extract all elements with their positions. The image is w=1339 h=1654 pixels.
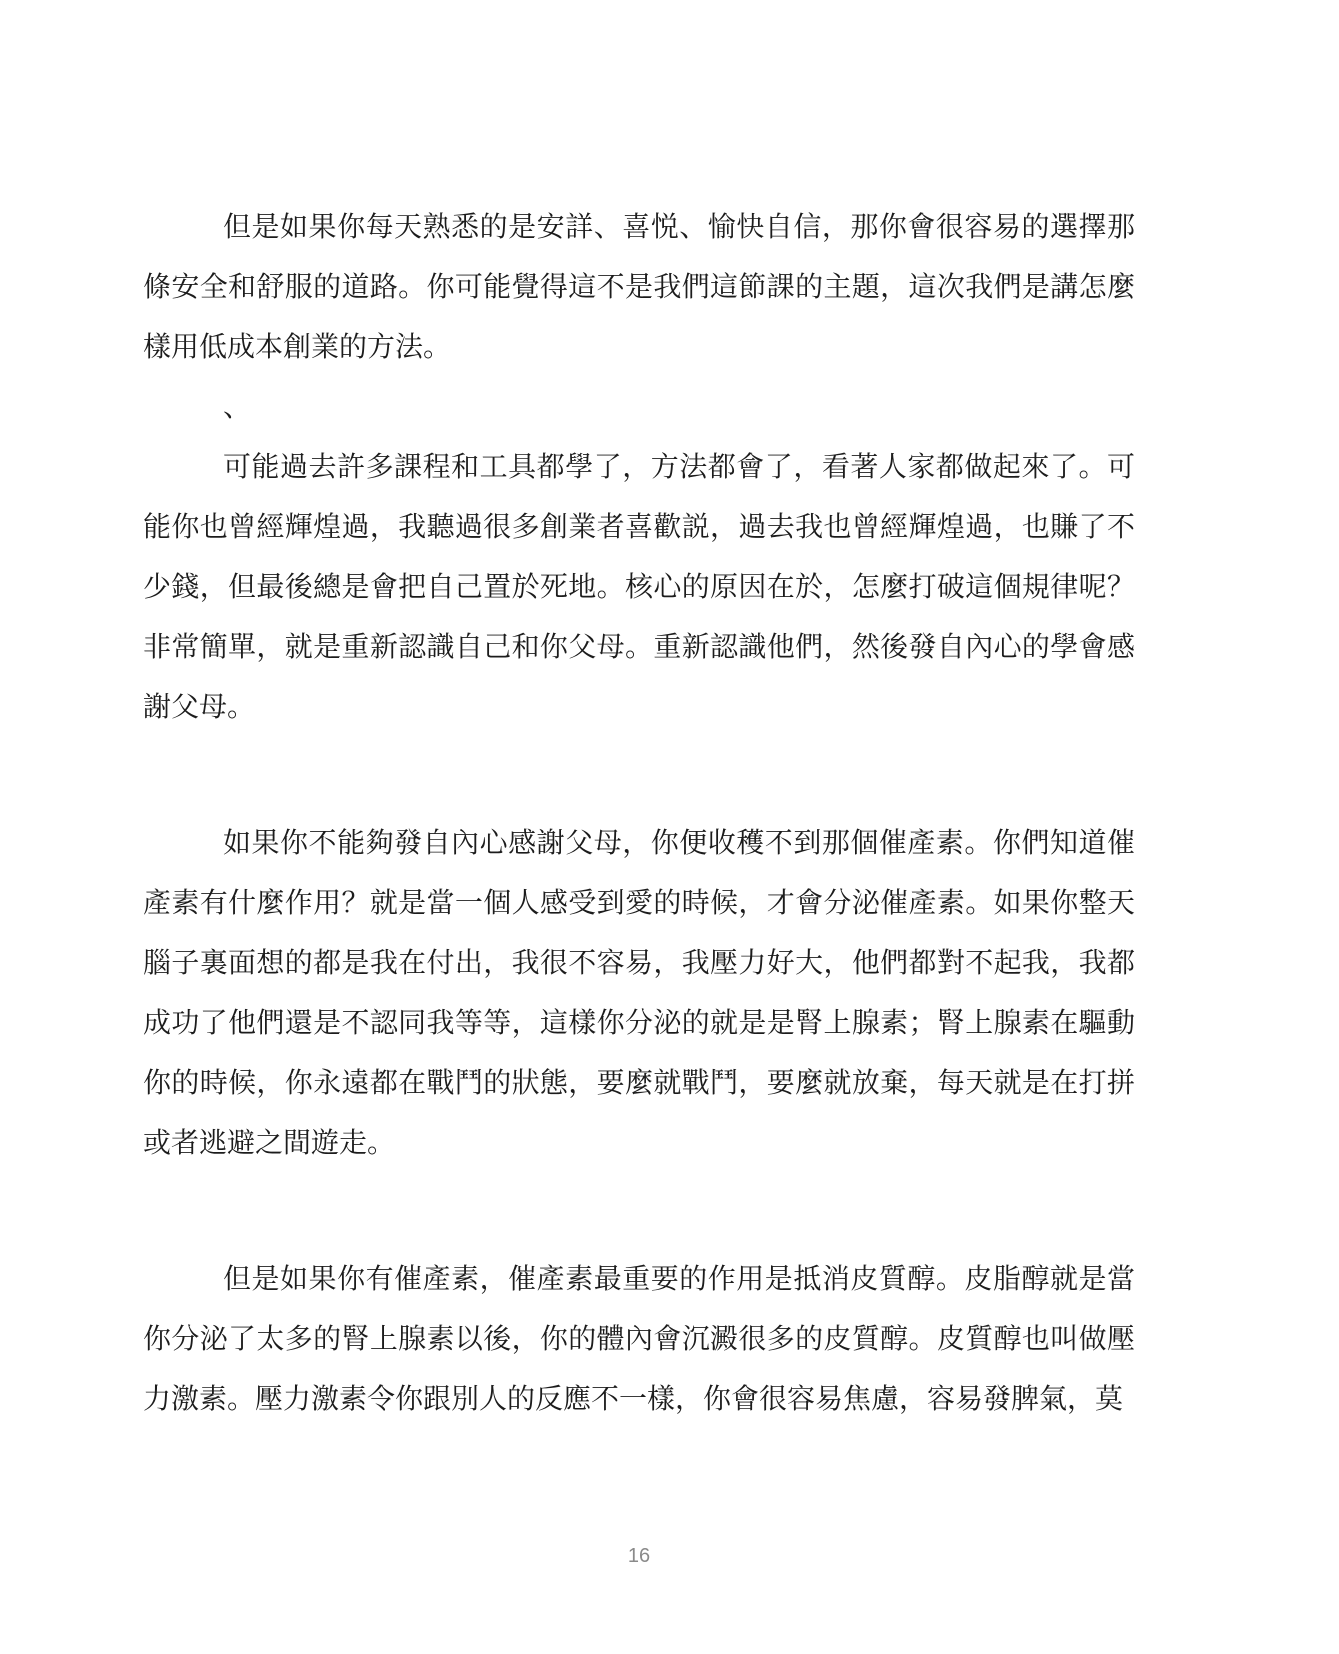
text-line: 你分泌了太多的腎上腺素以後，你的體內會沉澱很多的皮質醇。皮質醇也叫做壓 bbox=[143, 1309, 1135, 1369]
paragraph: 、 bbox=[143, 377, 1135, 437]
text-line: 但是如果你每天熟悉的是安詳、喜悦、愉快自信，那你會很容易的選擇那 bbox=[143, 197, 1135, 257]
text-line: 或者逃避之間遊走。 bbox=[143, 1113, 1135, 1173]
text-line: 少錢，但最後總是會把自己置於死地。核心的原因在於，怎麼打破這個規律呢？ bbox=[143, 557, 1135, 617]
text-line: 產素有什麼作用？就是當一個人感受到愛的時候，才會分泌催產素。如果你整天 bbox=[143, 873, 1135, 933]
text-line: 如果你不能夠發自內心感謝父母，你便收穫不到那個催產素。你們知道催 bbox=[143, 813, 1135, 873]
text-line: 能你也曾經輝煌過，我聽過很多創業者喜歡説，過去我也曾經輝煌過，也賺了不 bbox=[143, 497, 1135, 557]
text-line: 腦子裏面想的都是我在付出，我很不容易，我壓力好大，他們都對不起我，我都 bbox=[143, 933, 1135, 993]
document-page: 但是如果你每天熟悉的是安詳、喜悦、愉快自信，那你會很容易的選擇那條安全和舒服的道… bbox=[0, 0, 1339, 1654]
text-line: 力激素。壓力激素令你跟別人的反應不一樣，你會很容易焦慮，容易發脾氣，莫 bbox=[143, 1369, 1135, 1429]
text-line: 成功了他們還是不認同我等等，這樣你分泌的就是是腎上腺素；腎上腺素在驅動 bbox=[143, 993, 1135, 1053]
text-line: 你的時候，你永遠都在戰鬥的狀態，要麼就戰鬥，要麼就放棄，每天就是在打拼 bbox=[143, 1053, 1135, 1113]
text-line: 可能過去許多課程和工具都學了，方法都會了，看著人家都做起來了。可 bbox=[143, 437, 1135, 497]
page-number: 16 bbox=[143, 1545, 1135, 1568]
text-line: 條安全和舒服的道路。你可能覺得這不是我們這節課的主題，這次我們是講怎麼 bbox=[143, 257, 1135, 317]
document-body: 但是如果你每天熟悉的是安詳、喜悦、愉快自信，那你會很容易的選擇那條安全和舒服的道… bbox=[143, 197, 1135, 1429]
text-line: 謝父母。 bbox=[143, 677, 1135, 737]
paragraph: 但是如果你每天熟悉的是安詳、喜悦、愉快自信，那你會很容易的選擇那條安全和舒服的道… bbox=[143, 197, 1135, 377]
paragraph: 如果你不能夠發自內心感謝父母，你便收穫不到那個催產素。你們知道催產素有什麼作用？… bbox=[143, 813, 1135, 1173]
paragraph: 可能過去許多課程和工具都學了，方法都會了，看著人家都做起來了。可能你也曾經輝煌過… bbox=[143, 437, 1135, 737]
paragraph: 但是如果你有催產素，催產素最重要的作用是抵消皮質醇。皮脂醇就是當你分泌了太多的腎… bbox=[143, 1249, 1135, 1429]
text-line: 非常簡單，就是重新認識自己和你父母。重新認識他們，然後發自內心的學會感 bbox=[143, 617, 1135, 677]
text-line: 樣用低成本創業的方法。 bbox=[143, 317, 1135, 377]
text-line: 、 bbox=[143, 377, 1135, 437]
text-line: 但是如果你有催產素，催產素最重要的作用是抵消皮質醇。皮脂醇就是當 bbox=[143, 1249, 1135, 1309]
